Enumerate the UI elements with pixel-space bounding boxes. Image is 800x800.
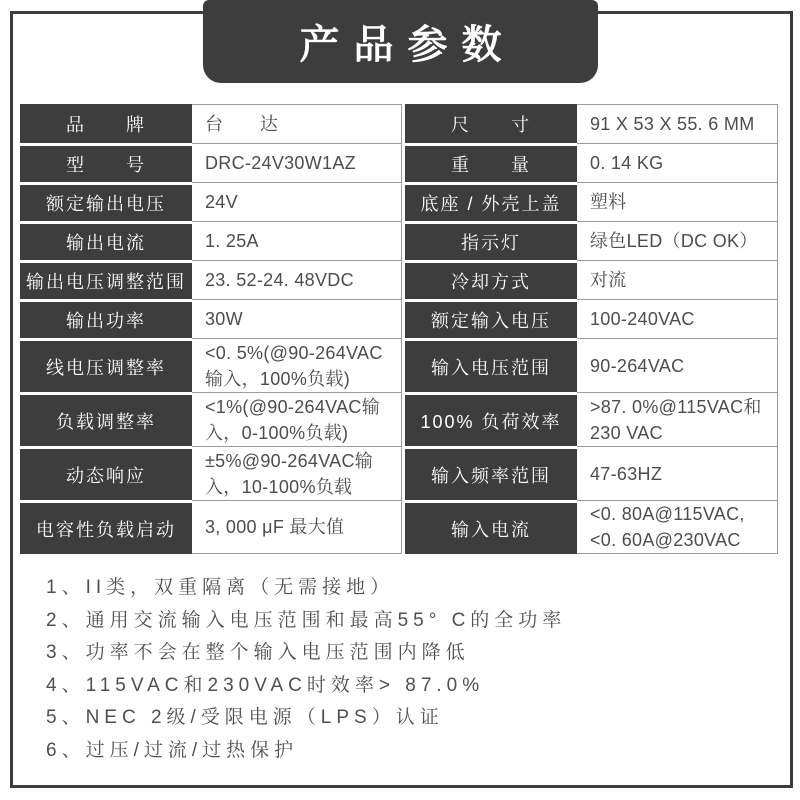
spec-value: 24V	[192, 182, 402, 221]
table-row: 输出功率30W	[20, 299, 402, 338]
spec-label: 额定输出电压	[20, 182, 192, 221]
footnote-line: 6、过压/过流/过热保护	[46, 735, 776, 768]
footnote-line: 2、通用交流输入电压范围和最高55° C的全功率	[46, 605, 776, 638]
spec-value: 台 达	[192, 104, 402, 143]
footnote-line: 4、115VAC和230VAC时效率> 87.0%	[46, 670, 776, 703]
spec-table-left: 品 牌台 达 型 号DRC-24V30W1AZ 额定输出电压24V 输出电流1.…	[20, 104, 402, 554]
spec-label: 冷却方式	[405, 260, 577, 299]
page-title: 产品参数	[286, 13, 516, 70]
table-row: 品 牌台 达	[20, 104, 402, 143]
spec-label: 输入频率范围	[405, 446, 577, 500]
table-row: 输入频率范围47-63HZ	[405, 446, 778, 500]
table-row: 负载调整率<1%(@90-264VAC输入，0-100%负载)	[20, 392, 402, 446]
spec-value: >87. 0%@115VAC和230 VAC	[577, 392, 778, 446]
spec-label: 输入电压范围	[405, 338, 577, 392]
spec-label: 额定输入电压	[405, 299, 577, 338]
spec-value: 塑料	[577, 182, 778, 221]
table-row: 输出电流1. 25A	[20, 221, 402, 260]
table-row: 100% 负荷效率>87. 0%@115VAC和230 VAC	[405, 392, 778, 446]
spec-label: 电容性负载启动	[20, 500, 192, 554]
table-row: 冷却方式对流	[405, 260, 778, 299]
spec-label: 线电压调整率	[20, 338, 192, 392]
spec-value: 绿色LED（DC OK）	[577, 221, 778, 260]
spec-table-right: 尺 寸91 X 53 X 55. 6 MM 重 量0. 14 KG 底座 / 外…	[405, 104, 778, 554]
spec-value: 对流	[577, 260, 778, 299]
spec-value: 100-240VAC	[577, 299, 778, 338]
spec-label: 100% 负荷效率	[405, 392, 577, 446]
spec-value: 3, 000 μF 最大值	[192, 500, 402, 554]
table-row: 额定输入电压100-240VAC	[405, 299, 778, 338]
spec-value: 90-264VAC	[577, 338, 778, 392]
spec-label: 动态响应	[20, 446, 192, 500]
spec-value: ±5%@90-264VAC输入，10-100%负载	[192, 446, 402, 500]
spec-value: <0. 5%(@90-264VAC输入，100%负载)	[192, 338, 402, 392]
spec-value: <1%(@90-264VAC输入，0-100%负载)	[192, 392, 402, 446]
spec-label: 输出电流	[20, 221, 192, 260]
footnote-line: 1、II类，双重隔离（无需接地）	[46, 572, 776, 605]
spec-label: 底座 / 外壳上盖	[405, 182, 577, 221]
table-row: 输入电流<0. 80A@115VAC, <0. 60A@230VAC	[405, 500, 778, 554]
table-row: 额定输出电压24V	[20, 182, 402, 221]
table-row: 重 量0. 14 KG	[405, 143, 778, 182]
table-row: 底座 / 外壳上盖塑料	[405, 182, 778, 221]
table-row: 输入电压范围90-264VAC	[405, 338, 778, 392]
spec-value: 0. 14 KG	[577, 143, 778, 182]
table-row: 电容性负载启动3, 000 μF 最大值	[20, 500, 402, 554]
table-row: 指示灯绿色LED（DC OK）	[405, 221, 778, 260]
spec-label: 输出电压调整范围	[20, 260, 192, 299]
footnotes-list: 1、II类，双重隔离（无需接地） 2、通用交流输入电压范围和最高55° C的全功…	[46, 572, 776, 767]
spec-label: 输出功率	[20, 299, 192, 338]
spec-label: 尺 寸	[405, 104, 577, 143]
spec-label: 品 牌	[20, 104, 192, 143]
table-row: 尺 寸91 X 53 X 55. 6 MM	[405, 104, 778, 143]
spec-label: 负载调整率	[20, 392, 192, 446]
spec-value: <0. 80A@115VAC, <0. 60A@230VAC	[577, 500, 778, 554]
spec-label: 型 号	[20, 143, 192, 182]
spec-value: 47-63HZ	[577, 446, 778, 500]
spec-label: 输入电流	[405, 500, 577, 554]
spec-label: 重 量	[405, 143, 577, 182]
page-title-banner: 产品参数	[203, 0, 598, 83]
footnote-line: 5、NEC 2级/受限电源（LPS）认证	[46, 702, 776, 735]
spec-value: 1. 25A	[192, 221, 402, 260]
spec-value: 30W	[192, 299, 402, 338]
spec-value: 91 X 53 X 55. 6 MM	[577, 104, 778, 143]
spec-value: DRC-24V30W1AZ	[192, 143, 402, 182]
spec-label: 指示灯	[405, 221, 577, 260]
spec-value: 23. 52-24. 48VDC	[192, 260, 402, 299]
table-row: 线电压调整率<0. 5%(@90-264VAC输入，100%负载)	[20, 338, 402, 392]
table-row: 输出电压调整范围23. 52-24. 48VDC	[20, 260, 402, 299]
table-row: 动态响应±5%@90-264VAC输入，10-100%负载	[20, 446, 402, 500]
footnote-line: 3、功率不会在整个输入电压范围内降低	[46, 637, 776, 670]
table-row: 型 号DRC-24V30W1AZ	[20, 143, 402, 182]
